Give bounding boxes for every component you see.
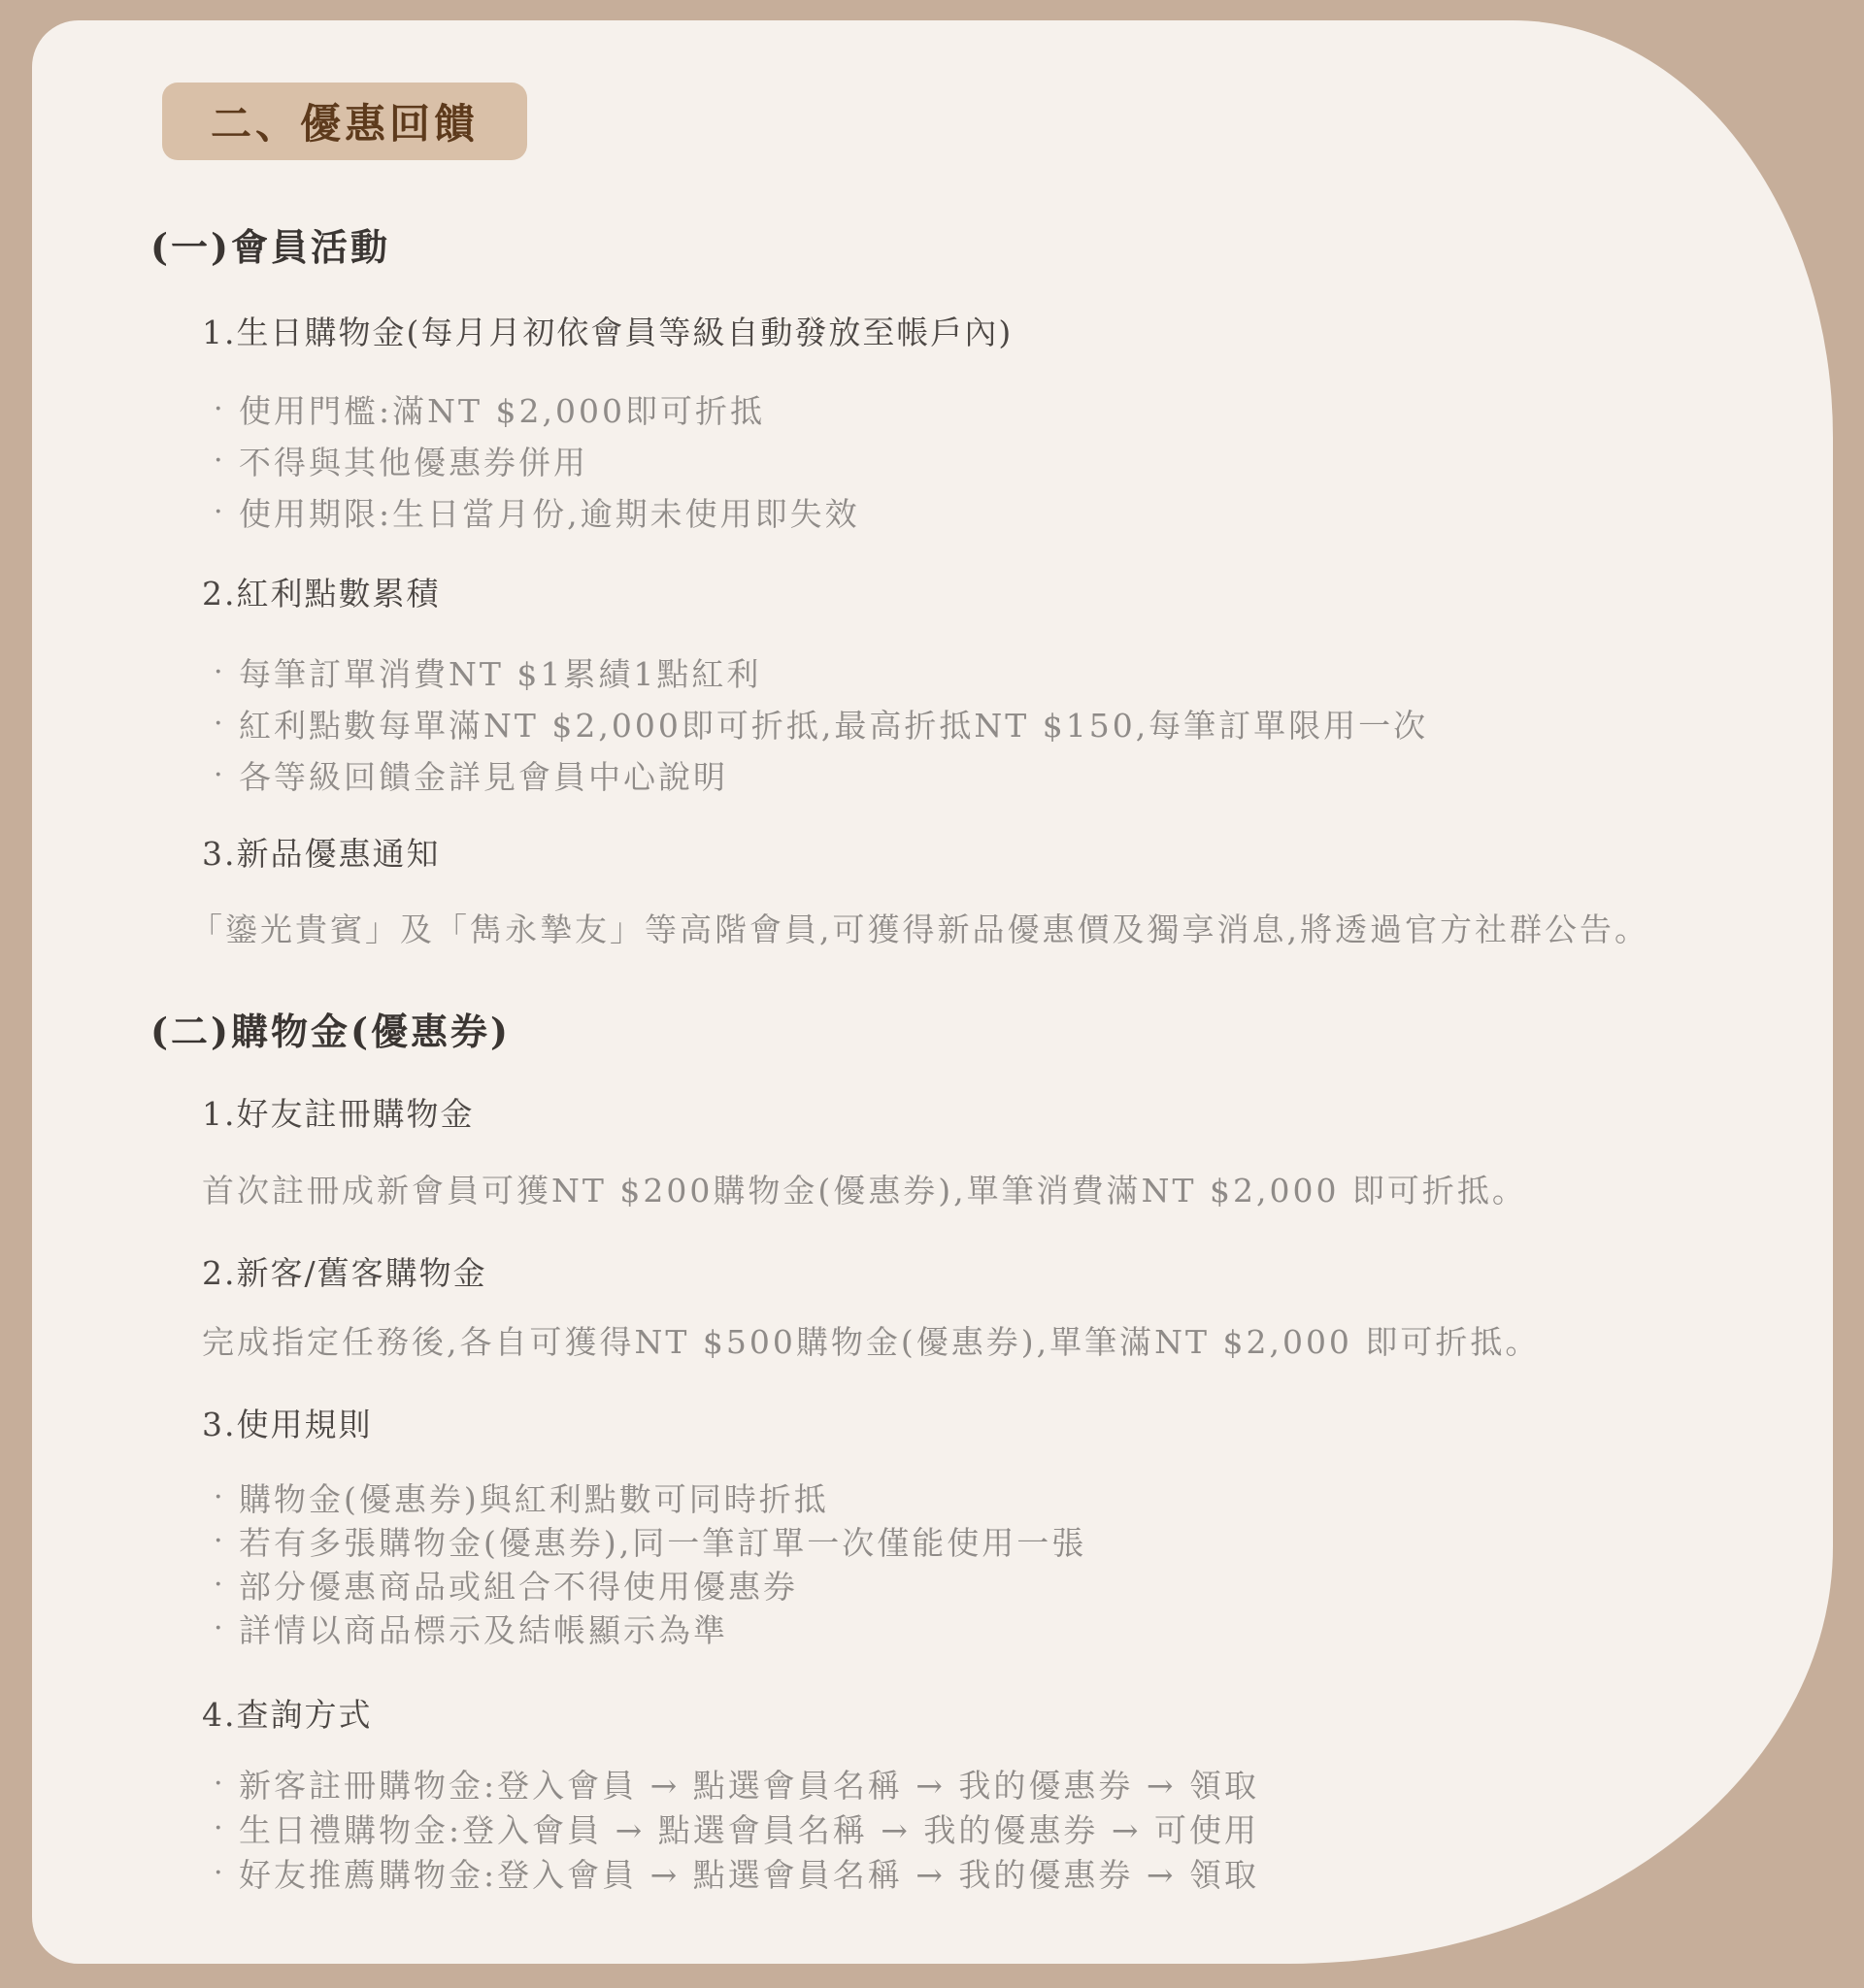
section-2-item-4-title: 4.查詢方式 bbox=[202, 1696, 373, 1735]
section-badge: 二、優惠回饋 bbox=[162, 83, 527, 160]
bullet-text: 各等級回饋金詳見會員中心說明 bbox=[239, 752, 728, 798]
section-2-item-3-bullet-list: · 購物金(優惠券)與紅利點數可同時折抵 · 若有多張購物金(優惠券),同一筆訂… bbox=[212, 1475, 1086, 1650]
section-1-item-3-title: 3.新品優惠通知 bbox=[202, 835, 441, 874]
bullet-text: 不得與其他優惠券併用 bbox=[239, 438, 588, 483]
list-item: · 購物金(優惠券)與紅利點數可同時折抵 bbox=[212, 1475, 1086, 1519]
list-item: · 每筆訂單消費NT $1累績1點紅利 bbox=[212, 646, 1428, 698]
list-item: · 使用期限:生日當月份,逾期未使用即失效 bbox=[212, 486, 860, 538]
bullet-marker: · bbox=[212, 1856, 239, 1890]
list-item: · 詳情以商品標示及結帳顯示為準 bbox=[212, 1607, 1086, 1650]
bullet-text: 部分優惠商品或組合不得使用優惠券 bbox=[239, 1562, 798, 1607]
section-2-item-3-title: 3.使用規則 bbox=[202, 1406, 373, 1444]
bullet-text: 詳情以商品標示及結帳顯示為準 bbox=[239, 1606, 728, 1651]
section-2-item-2-title: 2.新客/舊客購物金 bbox=[202, 1254, 487, 1293]
bullet-marker: · bbox=[212, 1767, 239, 1801]
bullet-text: 好友推薦購物金:登入會員 → 點選會員名稱 → 我的優惠券 → 領取 bbox=[239, 1850, 1259, 1896]
bullet-marker: · bbox=[212, 758, 239, 792]
bullet-marker: · bbox=[212, 444, 239, 478]
section-2-heading: (二)購物金(優惠券) bbox=[150, 1011, 511, 1053]
bullet-marker: · bbox=[212, 1811, 239, 1845]
section-2-item-1-title: 1.好友註冊購物金 bbox=[202, 1095, 475, 1134]
bullet-marker: · bbox=[212, 655, 239, 689]
bullet-text: 每筆訂單消費NT $1累績1點紅利 bbox=[239, 649, 761, 695]
list-item: · 各等級回饋金詳見會員中心說明 bbox=[212, 749, 1428, 801]
section-1-item-2-title: 2.紅利點數累積 bbox=[202, 575, 441, 613]
content-card bbox=[32, 20, 1833, 1964]
section-1-item-3-paragraph: 「鎏光貴賓」及「雋永摯友」等高階會員,可獲得新品優惠價及獨享消息,將透過官方社群… bbox=[190, 911, 1649, 949]
bullet-text: 紅利點數每單滿NT $2,000即可折抵,最高折抵NT $150,每筆訂單限用一… bbox=[239, 701, 1428, 746]
bullet-text: 使用門檻:滿NT $2,000即可折抵 bbox=[239, 386, 765, 432]
bullet-marker: · bbox=[212, 1611, 239, 1645]
section-1-item-1-bullet-list: · 使用門檻:滿NT $2,000即可折抵 · 不得與其他優惠券併用 · 使用期… bbox=[212, 383, 860, 538]
section-badge-label: 二、優惠回饋 bbox=[211, 92, 479, 150]
list-item: · 生日禮購物金:登入會員 → 點選會員名稱 → 我的優惠券 → 可使用 bbox=[212, 1806, 1259, 1850]
list-item: · 若有多張購物金(優惠券),同一筆訂單一次僅能使用一張 bbox=[212, 1519, 1086, 1563]
list-item: · 新客註冊購物金:登入會員 → 點選會員名稱 → 我的優惠券 → 領取 bbox=[212, 1761, 1259, 1806]
bullet-marker: · bbox=[212, 1568, 239, 1602]
page-background: 二、優惠回饋 (一)會員活動 1.生日購物金(每月月初依會員等級自動發放至帳戶內… bbox=[0, 0, 1864, 1988]
section-1-item-1-title: 1.生日購物金(每月月初依會員等級自動發放至帳戶內) bbox=[202, 314, 1013, 352]
list-item: · 紅利點數每單滿NT $2,000即可折抵,最高折抵NT $150,每筆訂單限… bbox=[212, 698, 1428, 749]
section-2-item-4-bullet-list: · 新客註冊購物金:登入會員 → 點選會員名稱 → 我的優惠券 → 領取 · 生… bbox=[212, 1761, 1259, 1895]
list-item: · 好友推薦購物金:登入會員 → 點選會員名稱 → 我的優惠券 → 領取 bbox=[212, 1850, 1259, 1895]
section-1-item-2-bullet-list: · 每筆訂單消費NT $1累績1點紅利 · 紅利點數每單滿NT $2,000即可… bbox=[212, 646, 1428, 801]
bullet-text: 新客註冊購物金:登入會員 → 點選會員名稱 → 我的優惠券 → 領取 bbox=[239, 1761, 1259, 1806]
list-item: · 部分優惠商品或組合不得使用優惠券 bbox=[212, 1563, 1086, 1607]
bullet-text: 若有多張購物金(優惠券),同一筆訂單一次僅能使用一張 bbox=[239, 1518, 1086, 1564]
bullet-marker: · bbox=[212, 392, 239, 426]
section-2-item-1-paragraph: 首次註冊成新會員可獲NT $200購物金(優惠券),單筆消費滿NT $2,000… bbox=[202, 1172, 1527, 1210]
section-2-item-2-paragraph: 完成指定任務後,各自可獲得NT $500購物金(優惠券),單筆滿NT $2,00… bbox=[202, 1323, 1540, 1362]
bullet-marker: · bbox=[212, 495, 239, 529]
bullet-marker: · bbox=[212, 707, 239, 741]
list-item: · 不得與其他優惠券併用 bbox=[212, 435, 860, 486]
bullet-text: 使用期限:生日當月份,逾期未使用即失效 bbox=[239, 489, 860, 535]
list-item: · 使用門檻:滿NT $2,000即可折抵 bbox=[212, 383, 860, 435]
bullet-text: 購物金(優惠券)與紅利點數可同時折抵 bbox=[239, 1474, 829, 1520]
bullet-marker: · bbox=[212, 1524, 239, 1558]
section-1-heading: (一)會員活動 bbox=[150, 226, 390, 269]
bullet-marker: · bbox=[212, 1480, 239, 1514]
bullet-text: 生日禮購物金:登入會員 → 點選會員名稱 → 我的優惠券 → 可使用 bbox=[239, 1806, 1259, 1851]
